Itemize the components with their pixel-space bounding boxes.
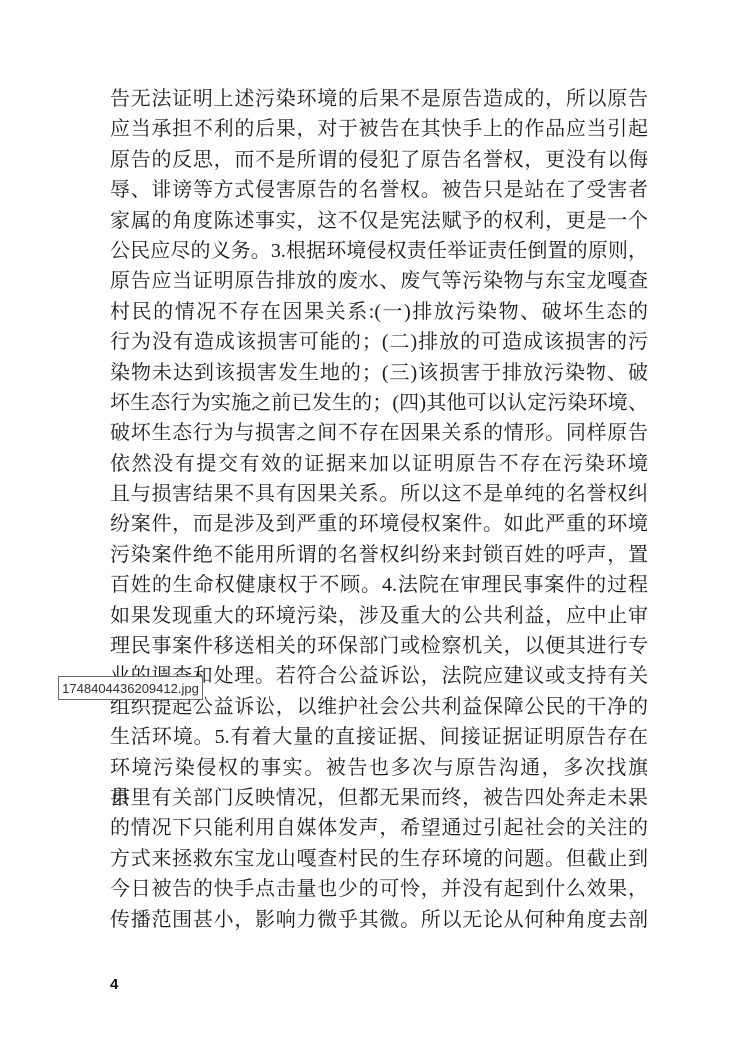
text-line: 生活环境。5.有着大量的直接证据、间接证据证明原告存在 <box>110 722 648 752</box>
text-line: 百姓的生命权健康权于不顾。4.法院在审理民事案件的过程 <box>110 570 648 600</box>
filename-label: 1748404436209412.jpg <box>58 676 203 700</box>
text-line: 公民应尽的义务。3.根据环境侵权责任举证责任倒置的原则， <box>110 236 648 266</box>
text-line: 辱、诽谤等方式侵害原告的名誉权。被告只是站在了受害者 <box>110 175 648 205</box>
text-line: 应当承担不利的后果，对于被告在其快手上的作品应当引起 <box>110 114 648 144</box>
text-line: 环境污染侵权的事实。被告也多次与原告沟通，多次找旗县、 <box>110 753 648 783</box>
text-line: 原告的反思，而不是所谓的侵犯了原告名誉权，更没有以侮 <box>110 145 648 175</box>
text-line: 原告应当证明原告排放的废水、废气等污染物与东宝龙嘎查 <box>110 266 648 296</box>
text-line: 方式来拯救东宝龙山嘎查村民的生存环境的问题。但截止到 <box>110 844 648 874</box>
text-line: 纷案件，而是涉及到严重的环境侵权案件。如此严重的环境 <box>110 509 648 539</box>
text-line: 如果发现重大的环境污染，涉及重大的公共利益，应中止审 <box>110 601 648 631</box>
text-line: 市里有关部门反映情况，但都无果而终，被告四处奔走未果 <box>110 783 648 813</box>
page-number: 4 <box>110 976 118 993</box>
text-line: 的情况下只能利用自媒体发声，希望通过引起社会的关注的 <box>110 813 648 843</box>
text-line: 行为没有造成该损害可能的；(二)排放的可造成该损害的污 <box>110 327 648 357</box>
text-line: 告无法证明上述污染环境的后果不是原告造成的，所以原告 <box>110 84 648 114</box>
text-line: 污染案件绝不能用所谓的名誉权纠纷来封锁百姓的呼声，置 <box>110 540 648 570</box>
text-line: 坏生态行为实施之前已发生的；(四)其他可以认定污染环境、 <box>110 388 648 418</box>
text-line: 传播范围甚小，影响力微乎其微。所以无论从何种角度去剖 <box>110 905 648 935</box>
document-page: 告无法证明上述污染环境的后果不是原告造成的，所以原告 应当承担不利的后果，对于被… <box>0 0 750 1053</box>
text-line: 破坏生态行为与损害之间不存在因果关系的情形。同样原告 <box>110 418 648 448</box>
text-line: 依然没有提交有效的证据来加以证明原告不存在污染环境 <box>110 449 648 479</box>
text-line: 理民事案件移送相关的环保部门或检察机关，以便其进行专 <box>110 631 648 661</box>
text-line: 染物未达到该损害发生地的；(三)该损害于排放污染物、破 <box>110 358 648 388</box>
body-text-block: 告无法证明上述污染环境的后果不是原告造成的，所以原告 应当承担不利的后果，对于被… <box>110 84 648 935</box>
text-line: 今日被告的快手点击量也少的可怜，并没有起到什么效果， <box>110 874 648 904</box>
text-line: 村民的情况不存在因果关系:(一)排放污染物、破坏生态的 <box>110 297 648 327</box>
text-line: 家属的角度陈述事实，这不仅是宪法赋予的权利，更是一个 <box>110 206 648 236</box>
text-line: 且与损害结果不具有因果关系。所以这不是单纯的名誉权纠 <box>110 479 648 509</box>
